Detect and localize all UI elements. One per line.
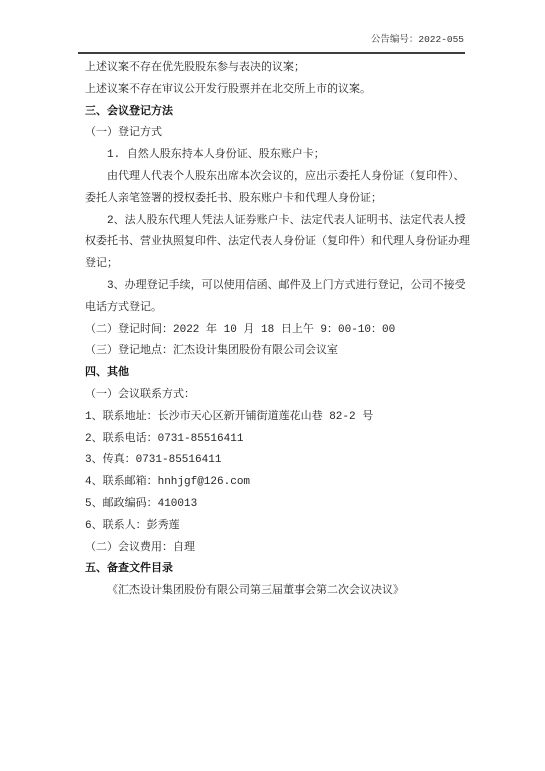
para-fax: 3、传真：0731-85516411 xyxy=(85,450,474,472)
para-agent-for-individual: 由代理人代表个人股东出席本次会议的，应出示委托人身份证（复印件）、委托人亲笔签署… xyxy=(85,167,474,211)
para-contact-phone: 2、联系电话：0731-85516411 xyxy=(85,429,474,451)
para-registration-mode: （一）登记方式 xyxy=(85,123,474,145)
para-registration-procedure: 3、办理登记手续，可以使用信函、邮件及上门方式进行登记，公司不接受电话方式登记。 xyxy=(85,276,474,320)
document-page: 公告编号：2022-055 上述议案不存在优先股股东参与表决的议案； 上述议案不… xyxy=(0,0,545,771)
heading-reference-documents: 五、备查文件目录 xyxy=(85,559,474,581)
para-contact-email: 4、联系邮箱：hnhjgf@126.com xyxy=(85,472,474,494)
heading-registration-method: 三、会议登记方法 xyxy=(85,102,474,124)
announcement-number: 公告编号：2022-055 xyxy=(85,33,474,46)
para-no-public-offering: 上述议案不存在审议公开发行股票并在北交所上市的议案。 xyxy=(85,80,474,102)
para-no-preferred-stock: 上述议案不存在优先股股东参与表决的议案； xyxy=(85,58,474,80)
para-registration-place: （三）登记地点：汇杰设计集团股份有限公司会议室 xyxy=(85,341,474,363)
heading-others: 四、其他 xyxy=(85,363,474,385)
para-contact-address: 1、联系地址：长沙市天心区新开铺街道莲花山巷 82-2 号 xyxy=(85,407,474,429)
para-postal-code: 5、邮政编码：410013 xyxy=(85,494,474,516)
para-legal-person-agent: 2、法人股东代理人凭法人证券账户卡、法定代表人证明书、法定代表人授权委托书、营业… xyxy=(85,211,474,276)
para-registration-time: （二）登记时间：2022 年 10 月 18 日上午 9：00-10：00 xyxy=(85,320,474,342)
para-contact-method: （一）会议联系方式： xyxy=(85,385,474,407)
document-body: 上述议案不存在优先股股东参与表决的议案； 上述议案不存在审议公开发行股票并在北交… xyxy=(85,58,474,603)
header-divider xyxy=(78,52,465,54)
para-contact-person: 6、联系人：彭秀莲 xyxy=(85,516,474,538)
para-reference-document-title: 《汇杰设计集团股份有限公司第三届董事会第二次会议决议》 xyxy=(85,581,474,603)
para-natural-person-shareholder: 1. 自然人股东持本人身份证、股东账户卡； xyxy=(85,145,474,167)
para-meeting-expense: （二）会议费用：自理 xyxy=(85,538,474,560)
